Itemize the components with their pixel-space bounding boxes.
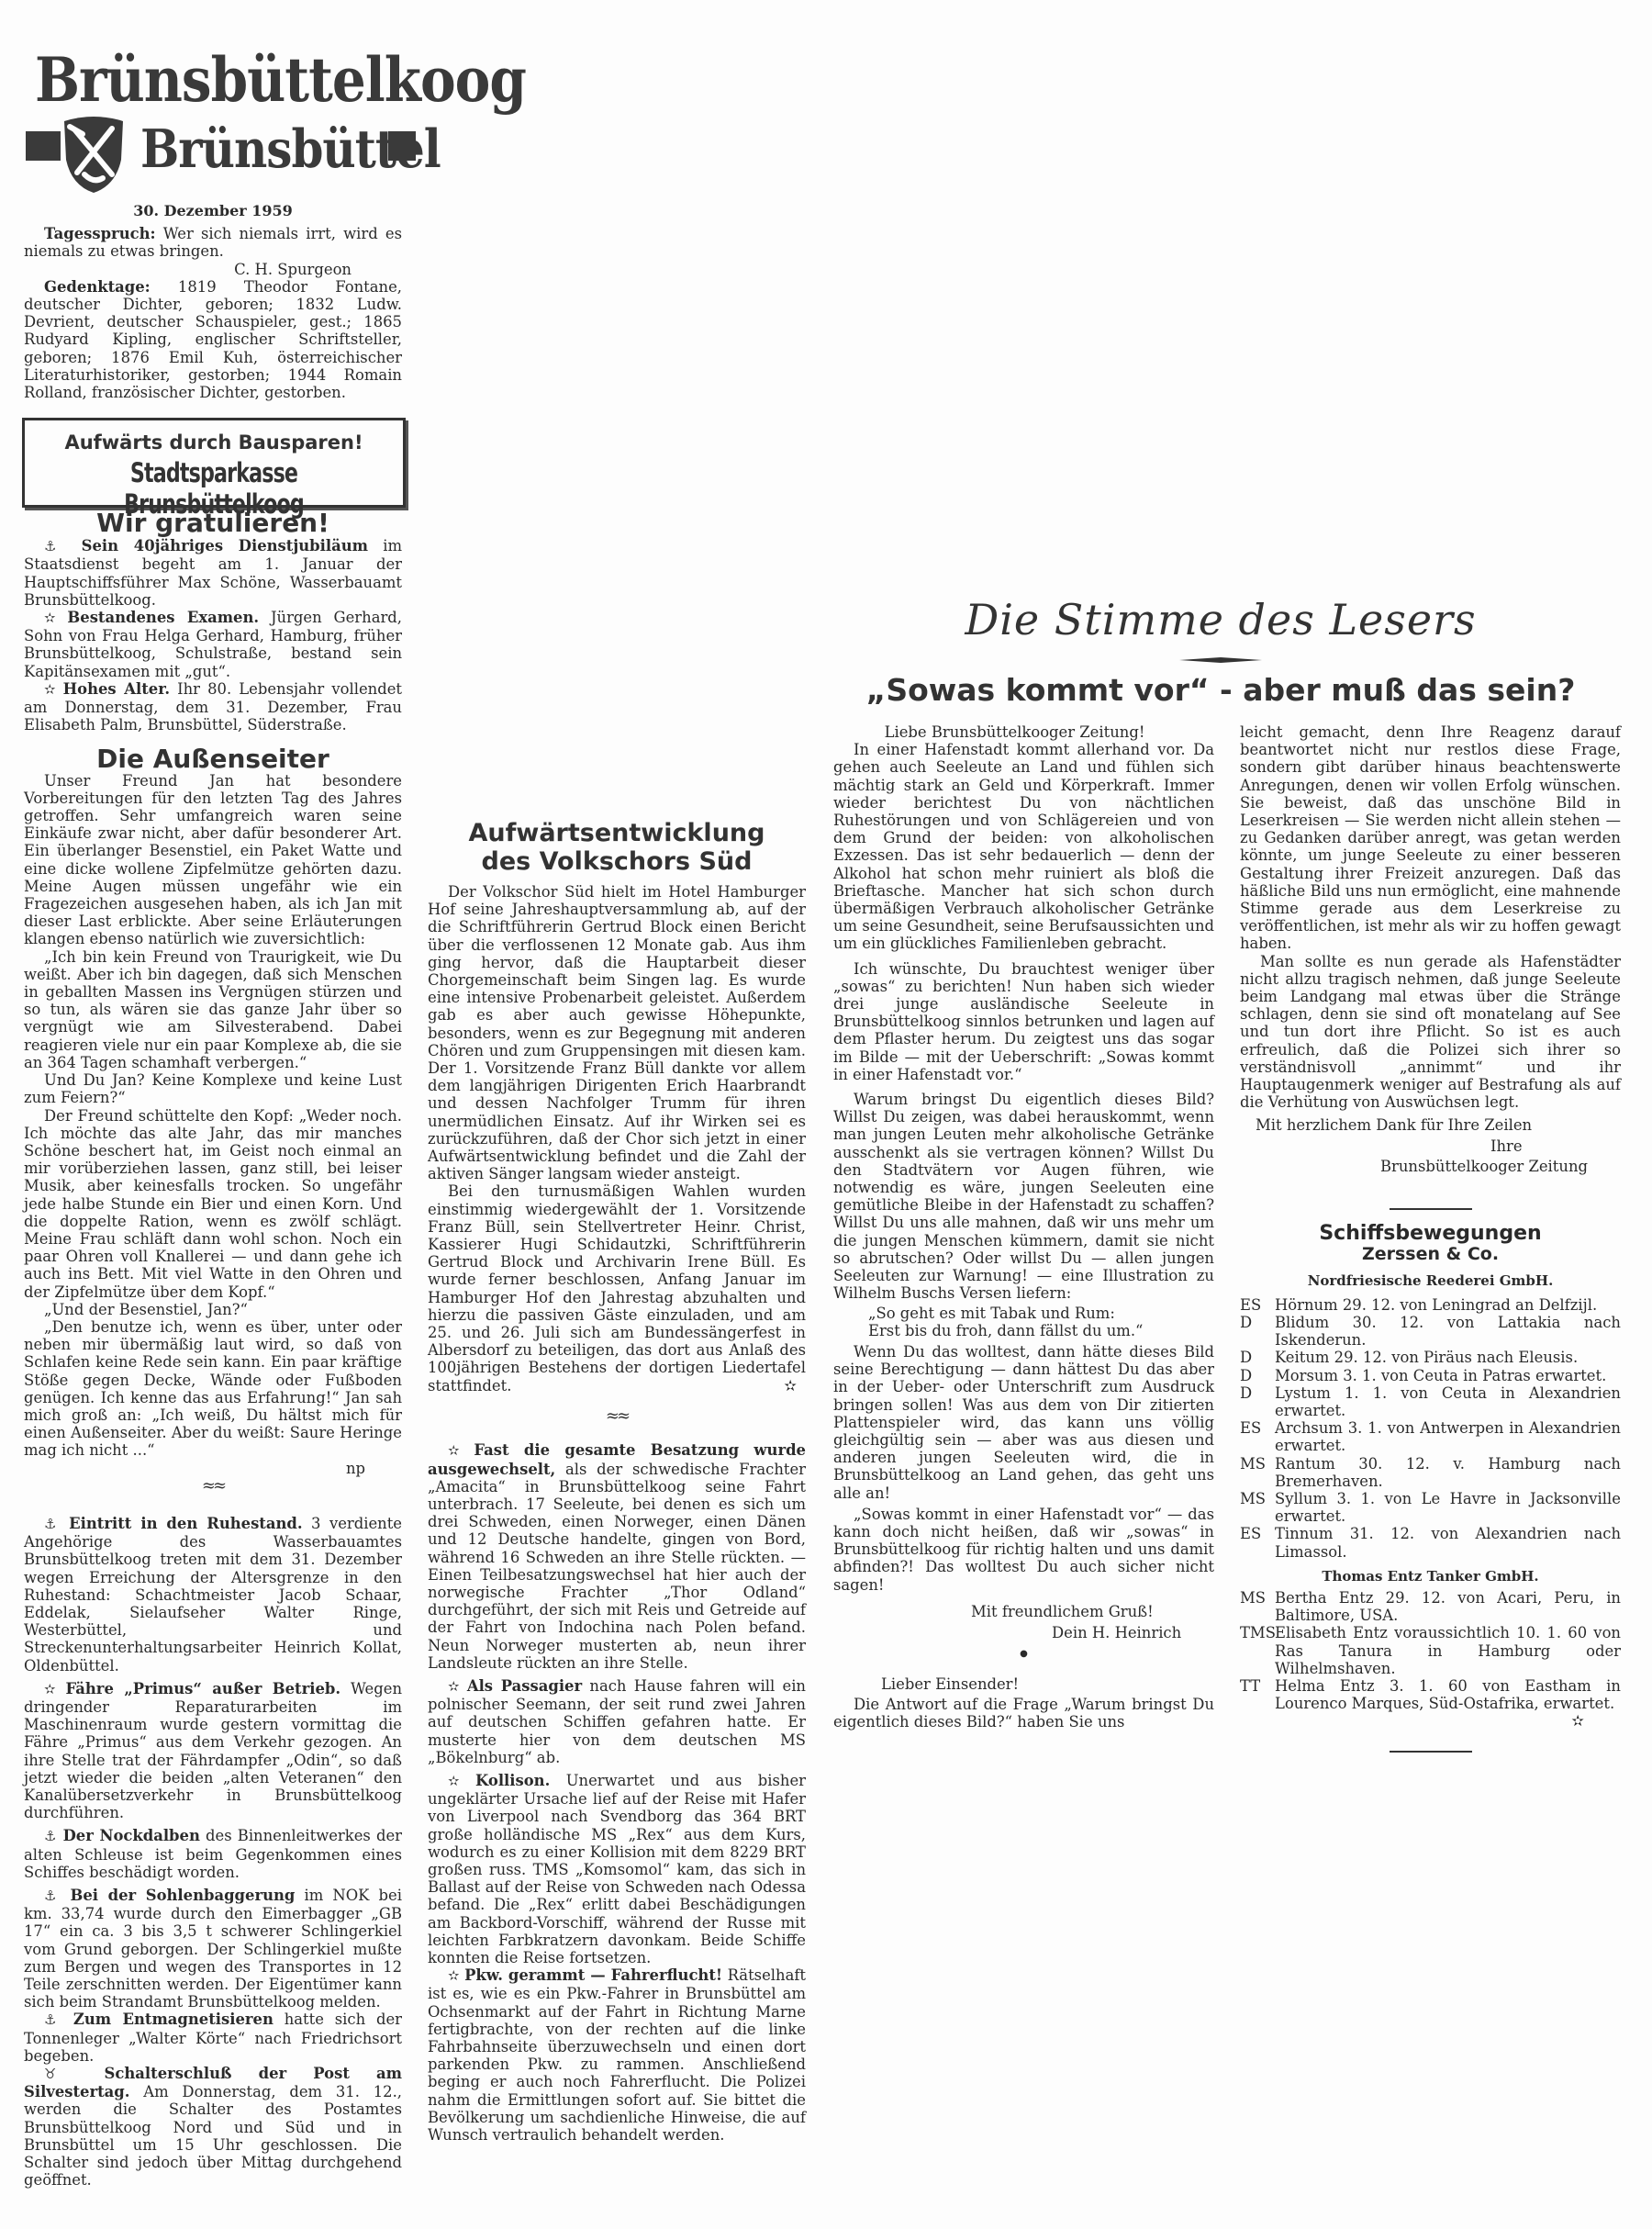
gratulieren-item: ✫ Hohes Alter. Ihr 80. Lebensjahr vollen… [24,680,402,734]
ship-type: ES [1240,1296,1275,1314]
aussenseiter-title: Die Außenseiter [24,750,402,767]
item-headline: Bei der Sohlenbaggerung [70,1887,295,1904]
item-headline: Hohes Alter. [63,680,170,698]
section-divider [1390,1208,1472,1210]
ship-entry: DKeitum 29. 12. von Piräus nach Eleusis. [1240,1349,1621,1366]
news-item: ✫ Fast die gesamte Besatzung wurde ausge… [428,1441,806,1672]
shield-with-anchor-and-pickaxe-icon [61,114,127,195]
news-item: ✫ Pkw. gerammt — Fahrerflucht! Rätselhaf… [428,1966,806,2144]
ship-type: MS [1240,1455,1275,1490]
anchor-icon: ⚓ [44,1516,61,1532]
reply-paragraph-start: Die Antwort auf die Frage „Warum bringst… [833,1696,1214,1731]
ship-type: D [1240,1384,1275,1419]
gratulieren-item: ⚓ Sein 40jähriges Dienstjubiläum im Staa… [24,537,402,609]
tagesspruch-label: Tagesspruch: [44,225,156,242]
ad-slogan: Aufwärts durch Bausparen! [25,431,403,454]
item-text: Unerwartet und aus bisher ungeklärter Ur… [428,1772,806,1966]
author-initials: np [24,1460,402,1477]
shipping-list-group2: MSBertha Entz 29. 12. von Acari, Peru, i… [1240,1589,1621,1712]
tagesspruch-author: C. H. Spurgeon [24,261,402,278]
gratulieren-item: ✫ Bestandenes Examen. Jürgen Gerhard, So… [24,609,402,680]
letter-paragraph: „Sowas kommt in einer Hafenstadt vor“ — … [833,1506,1214,1594]
letter-headline: „Sowas kommt vor“ - aber muß das sein? [808,672,1634,708]
ship-route: Helma Entz 3. 1. 60 von Eastham in Loure… [1275,1677,1621,1712]
item-headline: Als Passagier [467,1677,582,1695]
ship-entry: ESTinnum 31. 12. von Alexandrien nach Li… [1240,1525,1621,1560]
item-headline: Sein 40jähriges Dienstjubiläum [82,537,368,554]
item-headline: Der Nockdalben [63,1827,200,1844]
shipping-title: Schiffsbewegungen [1240,1225,1621,1242]
wave-divider-icon: ≈≈ [428,1407,806,1425]
ship-route: Rantum 30. 12. v. Hamburg nach Bremerhav… [1275,1455,1621,1490]
letter-paragraph: Warum bringst Du eigentlich dieses Bild?… [833,1091,1214,1302]
post-horn-icon: ♉ [44,2066,78,2082]
section-divider [1390,1751,1472,1753]
ship-entry: MSRantum 30. 12. v. Hamburg nach Bremerh… [1240,1455,1621,1490]
anchor-icon: ⚓ [44,1828,57,1844]
ship-entry: MSBertha Entz 29. 12. von Acari, Peru, i… [1240,1589,1621,1624]
news-item: ⚓ Eintritt in den Ruhestand. 3 verdiente… [24,1515,402,1675]
news-item: ✫ Kollison. Unerwartet und aus bisher un… [428,1772,806,1966]
shipping-group1-title: Nordfriesische Reederei GmbH. [1240,1272,1621,1290]
volkschor-title-line1: Aufwärtsentwicklung [428,819,806,847]
rubric-title: Die Stimme des Lesers [808,595,1634,644]
star-icon: ✫ [44,1681,56,1697]
star-icon: ✫ [448,1967,460,1984]
ship-route: Keitum 29. 12. von Piräus nach Eleusis. [1275,1349,1621,1366]
masthead-ribbon-left [26,131,61,161]
reply-signature-line2: Brunsbüttelkooger Zeitung [1240,1158,1621,1175]
news-item: ♉ Schalterschluß der Post am Silvesterta… [24,2065,402,2189]
letter-paragraph: Wenn Du das wolltest, dann hätte dieses … [833,1343,1214,1502]
letter-column: Liebe Brunsbüttelkooger Zeitung! In eine… [833,723,1214,1731]
star-icon: ✫ [448,1442,460,1459]
right-column: leicht gemacht, denn Ihre Reagenz darauf… [1240,723,1621,1753]
article-paragraph: Der Volkschor Süd hielt im Hotel Hamburg… [428,883,806,1182]
news-item: ✫ Fähre „Primus“ außer Betrieb. Wegen dr… [24,1680,402,1822]
verse-line: „So geht es mit Tabak und Rum: [833,1305,1214,1322]
verse-line: Erst bis du froh, dann fällst du um.“ [833,1322,1214,1339]
issue-date: 30. Dezember 1959 [24,202,402,219]
article-paragraph: „Den benutze ich, wenn es über, unter od… [24,1318,402,1460]
ship-entry: TTHelma Entz 3. 1. 60 von Eastham in Lou… [1240,1677,1621,1712]
ship-type: MS [1240,1589,1275,1624]
ship-type: D [1240,1349,1275,1366]
item-headline: Bestandenes Examen. [67,609,259,626]
ship-entry: DLystum 1. 1. von Ceuta in Alexandrien e… [1240,1384,1621,1419]
ship-route: Blidum 30. 12. von Lattakia nach Iskende… [1275,1314,1621,1349]
star-icon: ✫ [44,610,56,626]
middle-column: Aufwärtsentwicklung des Volkschors Süd D… [428,819,806,2144]
anchor-icon: ⚓ [44,1887,61,1904]
shipping-group2-title: Thomas Entz Tanker GmbH. [1240,1568,1621,1585]
letter-paragraph: Ich wünschte, Du brauchtest weniger über… [833,960,1214,1083]
item-headline: Kollison. [475,1772,550,1789]
news-item: ⚓ Der Nockdalben des Binnenleitwerkes de… [24,1827,402,1881]
left-column-lower: Wir gratulieren! ⚓ Sein 40jähriges Diens… [24,514,402,2189]
letter-paragraph: In einer Hafenstadt kommt allerhand vor.… [833,741,1214,952]
item-headline: Pkw. gerammt — Fahrerflucht! [464,1966,722,1984]
star-icon: ✫ [448,1678,460,1695]
reply-paragraph: leicht gemacht, denn Ihre Reagenz darauf… [1240,723,1621,953]
end-star-icon: ✫ [1240,1712,1621,1730]
gedenktage-text: 1819 Theodor Fontane, deutscher Dichter,… [24,278,402,401]
reply-paragraph: Man sollte es nun gerade als Hafenstädte… [1240,953,1621,1112]
article-paragraph: „Ich bin kein Freund von Traurigkeit, wi… [24,948,402,1071]
ship-entry: ESHörnum 29. 12. von Leningrad an Delfzi… [1240,1296,1621,1314]
ship-route: Morsum 3. 1. von Ceuta in Patras erwarte… [1275,1367,1621,1384]
ship-route: Lystum 1. 1. von Ceuta in Alexandrien er… [1275,1384,1621,1419]
ship-type: ES [1240,1525,1275,1560]
reply-closing: Mit herzlichem Dank für Ihre Zeilen [1240,1116,1621,1134]
article-paragraph: Unser Freund Jan hat besondere Vorbereit… [24,772,402,948]
ship-type: MS [1240,1490,1275,1525]
ship-entry: DMorsum 3. 1. von Ceuta in Patras erwart… [1240,1367,1621,1384]
masthead-title-line1: Brünsbüttelkoog [35,44,526,116]
diamond-divider-icon [1179,657,1262,663]
ship-route: Tinnum 31. 12. von Alexandrien nach Lima… [1275,1525,1621,1560]
gedenktage-label: Gedenktage: [44,278,151,296]
article-paragraph: „Und der Besenstiel, Jan?“ [24,1301,402,1318]
ship-entry: ESArchsum 3. 1. von Antwerpen in Alexand… [1240,1419,1621,1454]
article-paragraph: Und Du Jan? Keine Komplexe und keine Lus… [24,1071,402,1106]
article-paragraph: Bei den turnusmäßigen Wahlen wurden eins… [428,1182,806,1394]
article-paragraph: Der Freund schüttelte den Kopf: „Weder n… [24,1107,402,1301]
ship-route: Bertha Entz 29. 12. von Acari, Peru, in … [1275,1589,1621,1624]
leserstimme-header: Die Stimme des Lesers „Sowas kommt vor“ … [808,595,1634,708]
shipping-company: Zerssen & Co. [1240,1246,1621,1263]
item-text: im NOK bei km. 33,74 wurde durch den Eim… [24,1887,402,2011]
letter-salutation: Liebe Brunsbüttelkooger Zeitung! [833,723,1214,741]
news-item: ✫ Als Passagier nach Hause fahren will e… [428,1677,806,1766]
ship-route: Elisabeth Entz voraussichtlich 10. 1. 60… [1275,1624,1621,1677]
left-column: 30. Dezember 1959 Tagesspruch: Wer sich … [24,202,402,401]
ship-route: Hörnum 29. 12. von Leningrad an Delfzijl… [1275,1296,1621,1314]
masthead: Brünsbüttelkoog Brünsbüttel [26,44,397,191]
ship-type: D [1240,1367,1275,1384]
dot-divider-icon: ● [833,1645,1214,1663]
tagesspruch: Tagesspruch: Wer sich niemals irrt, wird… [24,225,402,260]
item-text: Wegen dringender Reparaturarbeiten im Ma… [24,1680,402,1821]
news-item: ⚓ Bei der Sohlenbaggerung im NOK bei km.… [24,1887,402,2011]
item-text: als der schwedische Frachter „Amacita“ i… [428,1461,806,1672]
anchor-icon: ⚓ [44,538,66,554]
item-headline: Eintritt in den Ruhestand. [69,1515,302,1532]
shipping-list-group1: ESHörnum 29. 12. von Leningrad an Delfzi… [1240,1296,1621,1561]
wave-divider-icon: ≈≈ [24,1477,402,1495]
advertisement-box: Aufwärts durch Bausparen! Stadtsparkasse… [22,418,406,508]
ship-type: TMS [1240,1624,1275,1677]
ship-entry: DBlidum 30. 12. von Lattakia nach Iskend… [1240,1314,1621,1349]
masthead-ribbon-right [388,131,416,161]
item-headline: Zum Entmagnetisieren [73,2011,273,2028]
ship-type: D [1240,1314,1275,1349]
ship-entry: MSSyllum 3. 1. von Le Havre in Jacksonvi… [1240,1490,1621,1525]
item-headline: Fähre „Primus“ außer Betrieb. [66,1680,341,1697]
reply-salutation: Lieber Einsender! [833,1675,1214,1693]
item-text: 3 verdiente Angehörige des Wasserbauamte… [24,1515,402,1675]
ship-entry: TMSElisabeth Entz voraussichtlich 10. 1.… [1240,1624,1621,1677]
letter-signature: Dein H. Heinrich [833,1624,1214,1641]
reply-signature-line1: Ihre [1240,1137,1621,1155]
letter-closing: Mit freundlichem Gruß! [833,1603,1214,1620]
volkschor-title-line2: des Volkschors Süd [428,847,806,876]
item-text: Rätselhaft ist es, wie es ein Pkw.-Fahre… [428,1966,806,2144]
star-icon: ✫ [448,1773,460,1789]
star-icon: ✫ [44,681,56,698]
gedenktage: Gedenktage: 1819 Theodor Fontane, deutsc… [24,278,402,401]
ship-route: Archsum 3. 1. von Antwerpen in Alexandri… [1275,1419,1621,1454]
gratulieren-title: Wir gratulieren! [24,514,402,532]
ship-route: Syllum 3. 1. von Le Havre in Jacksonvill… [1275,1490,1621,1525]
ship-type: ES [1240,1419,1275,1454]
news-item: ⚓ Zum Entmagnetisieren hatte sich der To… [24,2011,402,2065]
ship-type: TT [1240,1677,1275,1712]
anchor-icon: ⚓ [44,2011,62,2028]
